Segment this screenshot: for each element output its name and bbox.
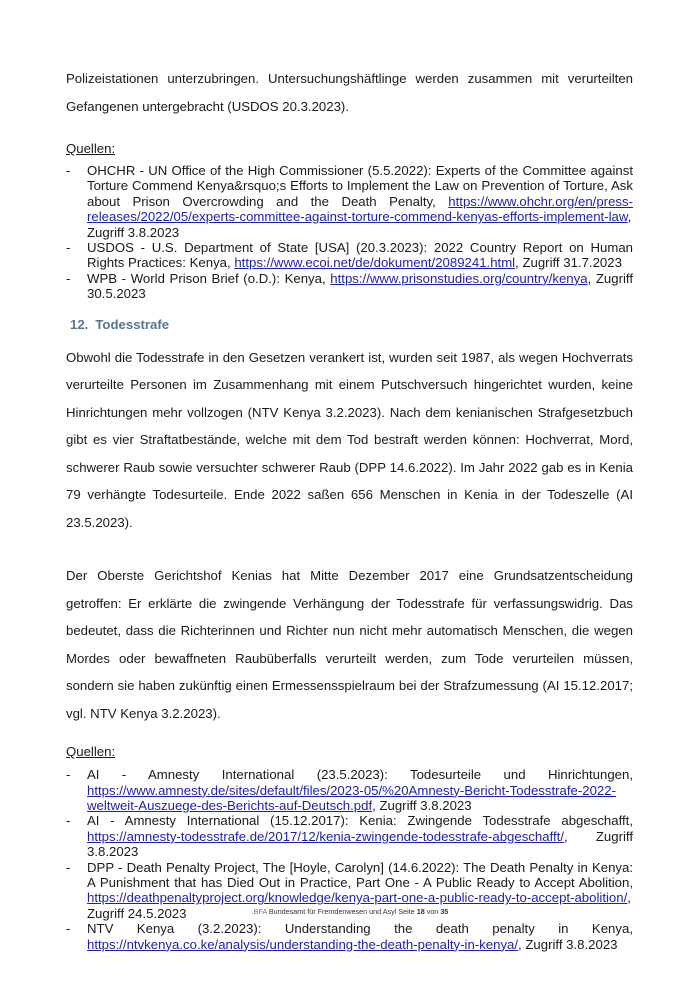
intro-paragraph: Polizeistationen unterzubringen. Untersu… [66,65,633,120]
section-number: 12. [70,317,88,332]
section-heading: 12.Todesstrafe [66,316,633,334]
footer-org: Bundesamt für Fremdenwesen und Asyl [269,907,396,916]
bullet-dash: - [66,767,70,782]
document-page: Polizeistationen unterzubringen. Untersu… [66,0,633,952]
sources-label: Quellen: [66,743,633,761]
footer-of-word: von [427,907,439,916]
source-text: NTV Kenya (3.2.2023): Understanding the … [87,921,633,936]
source-link[interactable]: https://amnesty-todesstrafe.de/2017/12/k… [87,829,564,844]
source-text: AI - Amnesty International (23.5.2023): … [87,767,633,782]
bullet-dash: - [66,860,70,875]
section-paragraph: Der Oberste Gerichtshof Kenias hat Mitte… [66,562,633,727]
source-item: - NTV Kenya (3.2.2023): Understanding th… [66,921,633,952]
source-link[interactable]: https://www.amnesty.de/sites/default/fil… [87,783,616,813]
section-paragraph: Obwohl die Todesstrafe in den Gesetzen v… [66,344,633,537]
bullet-dash: - [66,813,70,828]
section-title: Todesstrafe [95,317,169,332]
source-text: WPB - World Prison Brief (o.D.): Kenya, [87,271,326,286]
source-item: - AI - Amnesty International (15.12.2017… [66,813,633,859]
sources-list-prison: - OHCHR - UN Office of the High Commissi… [66,163,633,302]
source-item: - OHCHR - UN Office of the High Commissi… [66,163,633,240]
source-item: - USDOS - U.S. Department of State [USA]… [66,240,633,271]
sources-label: Quellen: [66,140,633,158]
bullet-dash: - [66,921,70,936]
source-link[interactable]: https://ntvkenya.co.ke/analysis/understa… [87,937,518,952]
source-access-date: , Zugriff 31.7.2023 [515,255,622,270]
source-access-date: , Zugriff 3.8.2023 [372,798,471,813]
source-text: AI - Amnesty International (15.12.2017):… [87,813,633,828]
source-item: - AI - Amnesty International (23.5.2023)… [66,767,633,813]
source-item: - WPB - World Prison Brief (o.D.): Kenya… [66,271,633,302]
source-link[interactable]: https://www.prisonstudies.org/country/ke… [330,271,587,286]
bullet-dash: - [66,240,70,255]
source-text: DPP - Death Penalty Project, The [Hoyle,… [87,860,633,890]
footer-page-number: 18 [417,907,425,916]
source-link[interactable]: https://deathpenaltyproject.org/knowledg… [87,890,627,905]
bfa-logo: .BFA [252,907,267,916]
sources-list-death-penalty: - AI - Amnesty International (23.5.2023)… [66,767,633,952]
source-link[interactable]: https://www.ecoi.net/de/dokument/2089241… [234,255,515,270]
source-access-date: , Zugriff 3.8.2023 [518,937,617,952]
footer-page-word: Seite [398,907,414,916]
page-footer: .BFA Bundesamt für Fremdenwesen und Asyl… [0,907,700,916]
footer-page-total: 35 [440,907,448,916]
bullet-dash: - [66,271,70,286]
bullet-dash: - [66,163,70,178]
